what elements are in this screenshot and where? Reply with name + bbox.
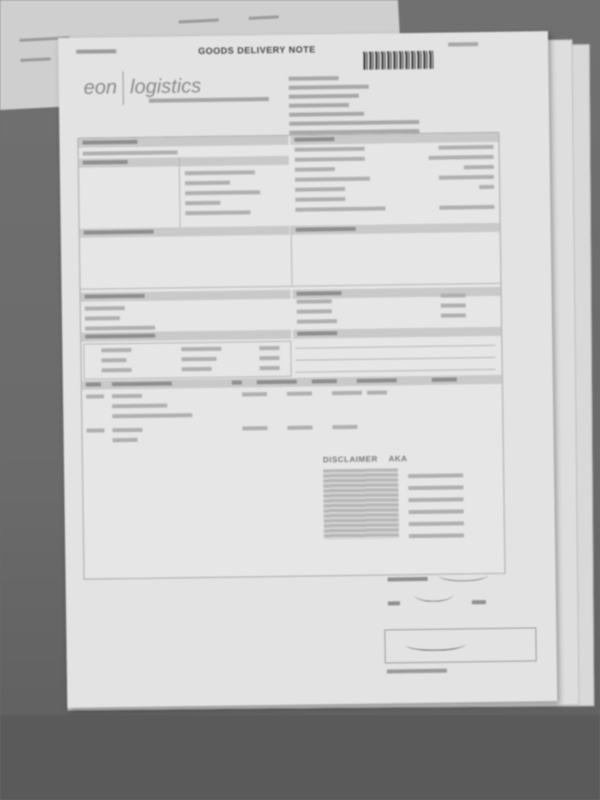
disclaimer-block: DISCLAIMER AKA [323,453,474,555]
date-label [388,601,400,605]
delivery-form: DISCLAIMER AKA [77,132,505,580]
company-address [289,75,420,140]
customer-signature-label [387,669,447,674]
section-customer-details [78,136,288,148]
section-information [290,133,498,145]
signature-box [384,627,536,663]
section-comments [293,327,501,339]
time-label [472,600,486,604]
document-title: GOODS DELIVERY NOTE [198,44,316,56]
reference-text [76,49,116,54]
barcode [363,51,433,70]
disclaimer-title: DISCLAIMER AKA [323,453,473,464]
signature-area [384,571,546,683]
received-by-label [388,577,428,582]
desk-edge [0,715,600,800]
section-special-delivery-notes [80,226,290,238]
section-special-instructions [292,223,500,235]
logo-tagline [149,97,269,103]
delivery-note: GOODS DELIVERY NOTE eonlogistics [58,31,557,708]
logo-part-1: eon [84,76,118,98]
section-collecting-party [79,156,289,168]
section-weight-volume [293,287,501,299]
page-number [448,42,478,46]
section-shipping-conditions [81,290,291,302]
section-additional-information [81,330,291,342]
logo-part-2: logistics [130,75,201,98]
